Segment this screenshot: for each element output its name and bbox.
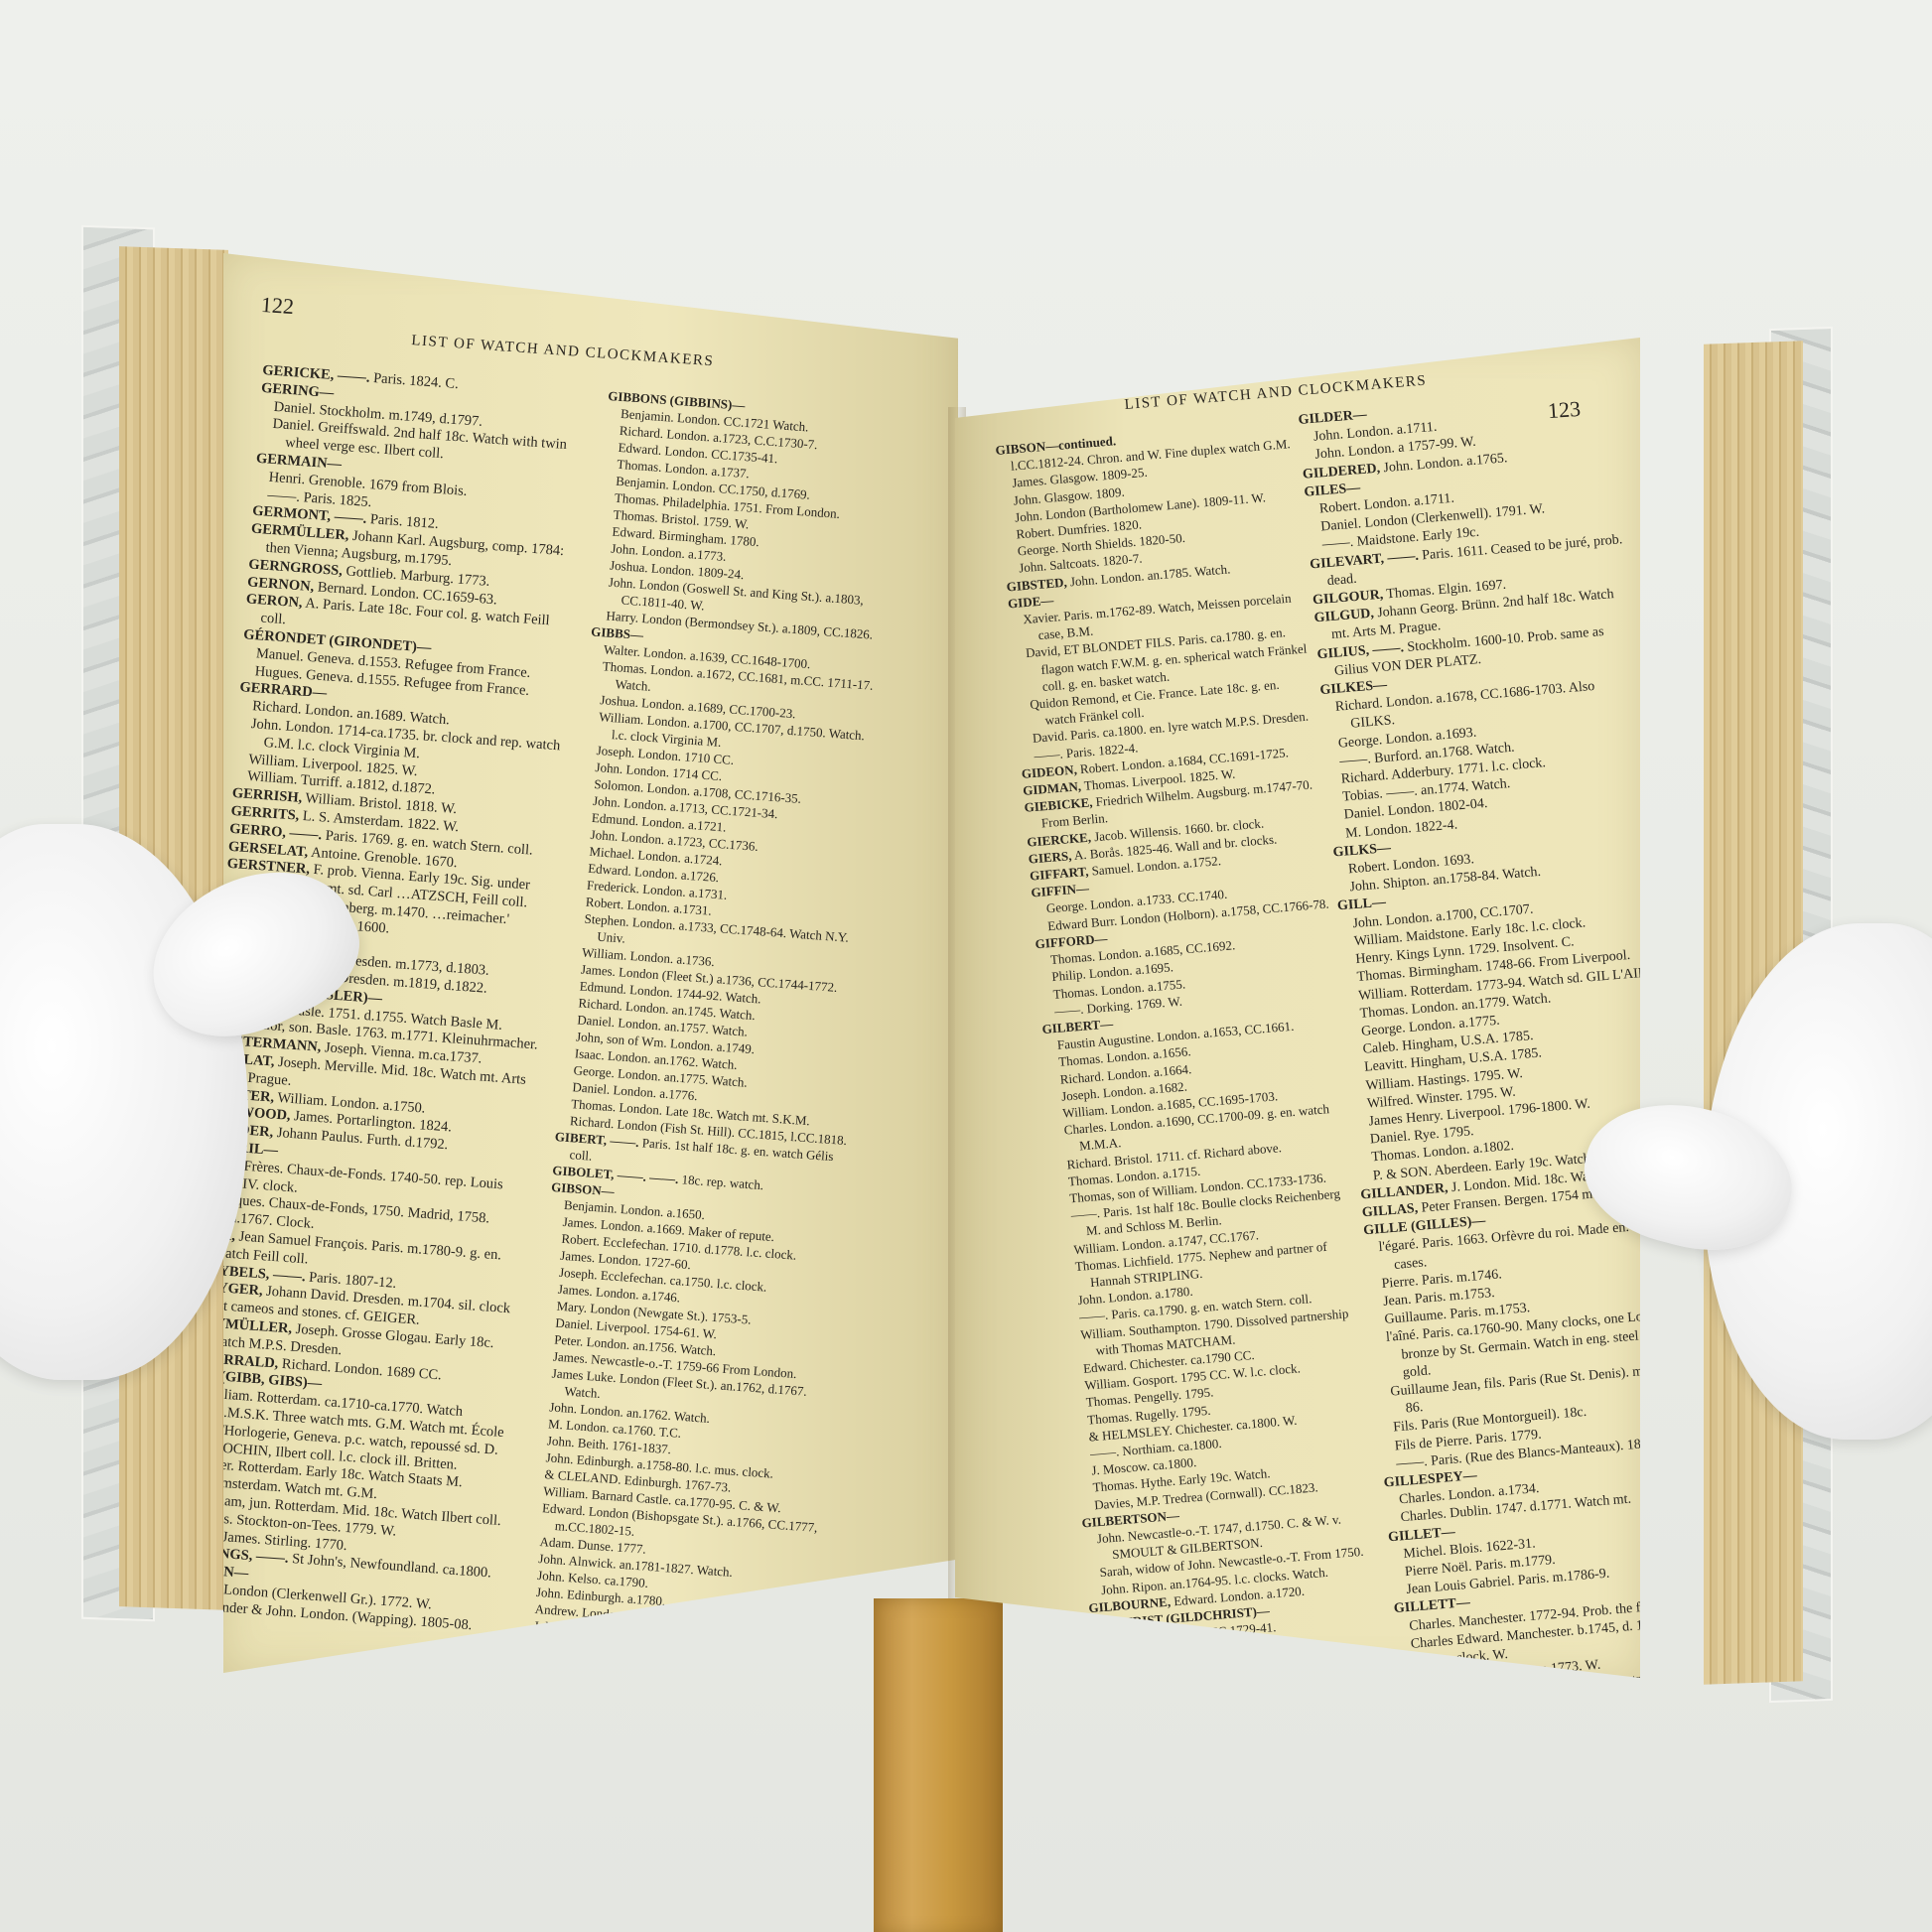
entry-headword: GILL— <box>1336 896 1386 914</box>
sub-entry: Hugh. London. 1799. W. <box>1405 1720 1723 1763</box>
running-head: LIST OF WATCH AND CLOCKMAKERS <box>411 333 715 370</box>
entry-headword: GILES— <box>1304 481 1361 500</box>
entry-headword: GILKS— <box>1332 841 1391 861</box>
entry-headword: GILGUD, <box>1313 607 1374 626</box>
entry-headword: GERON, <box>245 592 303 612</box>
sub-entry: John. Kilsyth. 1820. <box>1092 1626 1390 1667</box>
dictionary-entry: GILLIER, C. Berne. ca.1630. Oval watch B… <box>1406 1737 1724 1781</box>
sub-entry: John. London (Sweetings Alley). CC.1806, <box>519 1616 817 1654</box>
entry-headword: GIBSON— <box>551 1179 615 1199</box>
entry-headword: GILLAS, <box>1361 1201 1418 1220</box>
sub-entry: & HEALEY. Manchester. 1777-93. Partnersh… <box>1401 1666 1721 1727</box>
entry-headword: GIBBS— <box>591 623 644 642</box>
page-number: 122 <box>260 292 295 320</box>
sub-entry: Charles Edward, & Son. Manchester. 1790-… <box>1404 1702 1722 1745</box>
entry-headword: GILLIER, <box>1407 1759 1470 1779</box>
entries-column: GIBBONS (GIBBINS)—Benjamin. London. CC.1… <box>519 387 905 1654</box>
right-page: 123 LIST OF WATCH AND CLOCKMAKERS GIBSON… <box>955 338 1640 1678</box>
wooden-book-stand <box>874 1598 1003 1932</box>
photo-scene: 122 LIST OF WATCH AND CLOCKMAKERS GERICK… <box>0 0 1932 1932</box>
entry-headword: GIBERT, ——. <box>554 1129 639 1150</box>
entry-headword: GIBSTED, <box>1006 574 1067 594</box>
entry-text: C. Berne. ca.1630. Oval watch B.M. <box>1469 1742 1676 1774</box>
